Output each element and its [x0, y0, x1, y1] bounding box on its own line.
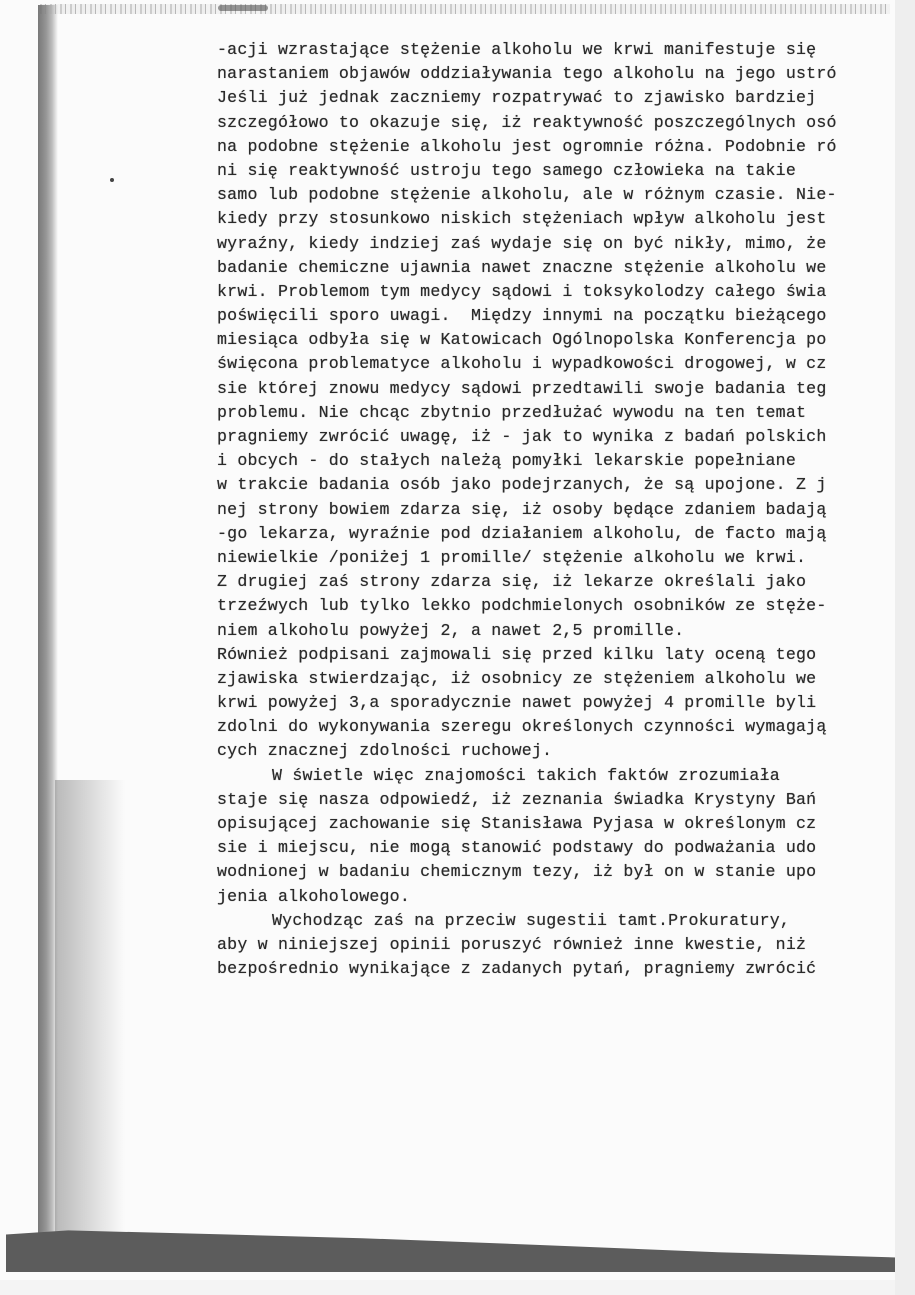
text-line: narastaniem objawów oddziaływania tego a…: [217, 62, 905, 86]
text-line: w trakcie badania osób jako podejrzanych…: [217, 473, 905, 497]
text-line: -acji wzrastające stężenie alkoholu we k…: [217, 38, 905, 62]
text-line: wodnionej w badaniu chemicznym tezy, iż …: [217, 860, 905, 884]
scan-ink-blot: [218, 5, 268, 11]
scan-top-edge-noise: [40, 4, 890, 14]
text-line: święcona problematyce alkoholu i wypadko…: [217, 352, 905, 376]
text-line: Jeśli już jednak zaczniemy rozpatrywać t…: [217, 86, 905, 110]
text-line: ni się reaktywność ustroju tego samego c…: [217, 159, 905, 183]
text-line: cych znacznej zdolności ruchowej.: [217, 739, 905, 763]
text-line: W świetle więc znajomości takich faktów …: [217, 764, 905, 788]
text-line: niewielkie /poniżej 1 promille/ stężenie…: [217, 546, 905, 570]
text-line: poświęcili sporo uwagi. Między innymi na…: [217, 304, 905, 328]
text-line: zdolni do wykonywania szeregu określonyc…: [217, 715, 905, 739]
text-line: Wychodząc zaś na przeciw sugestii tamt.P…: [217, 909, 905, 933]
text-line: Również podpisani zajmowali się przed ki…: [217, 643, 905, 667]
scan-left-haze: [55, 780, 125, 1250]
scanned-page: -acji wzrastające stężenie alkoholu we k…: [0, 0, 905, 1280]
text-line: samo lub podobne stężenie alkoholu, ale …: [217, 183, 905, 207]
text-line: opisującej zachowanie się Stanisława Pyj…: [217, 812, 905, 836]
text-line: pragniemy zwrócić uwagę, iż - jak to wyn…: [217, 425, 905, 449]
scan-right-margin: [895, 0, 915, 1295]
text-line: krwi powyżej 3,a sporadycznie nawet powy…: [217, 691, 905, 715]
typewritten-body-text: -acji wzrastające stężenie alkoholu we k…: [217, 38, 905, 981]
margin-mark: [110, 178, 114, 182]
text-line: na podobne stężenie alkoholu jest ogromn…: [217, 135, 905, 159]
text-line: i obcych - do stałych należą pomyłki lek…: [217, 449, 905, 473]
text-line: miesiąca odbyła się w Katowicach Ogólnop…: [217, 328, 905, 352]
text-line: nej strony bowiem zdarza się, iż osoby b…: [217, 498, 905, 522]
text-line: sie której znowu medycy sądowi przedtawi…: [217, 377, 905, 401]
text-line: kiedy przy stosunkowo niskich stężeniach…: [217, 207, 905, 231]
text-line: problemu. Nie chcąc zbytnio przedłużać w…: [217, 401, 905, 425]
text-line: badanie chemiczne ujawnia nawet znaczne …: [217, 256, 905, 280]
scan-bottom-shadow: [6, 1220, 896, 1272]
text-line: zjawiska stwierdzając, iż osobnicy ze st…: [217, 667, 905, 691]
text-line: aby w niniejszej opinii poruszyć również…: [217, 933, 905, 957]
text-line: jenia alkoholowego.: [217, 885, 905, 909]
text-line: sie i miejscu, nie mogą stanowić podstaw…: [217, 836, 905, 860]
text-line: bezpośrednio wynikające z zadanych pytań…: [217, 957, 905, 981]
text-line: Z drugiej zaś strony zdarza się, iż leka…: [217, 570, 905, 594]
text-line: szczegółowo to okazuje się, iż reaktywno…: [217, 111, 905, 135]
text-line: niem alkoholu powyżej 2, a nawet 2,5 pro…: [217, 619, 905, 643]
text-line: krwi. Problemom tym medycy sądowi i toks…: [217, 280, 905, 304]
text-line: -go lekarza, wyraźnie pod działaniem alk…: [217, 522, 905, 546]
text-line: staje się nasza odpowiedź, iż zeznania ś…: [217, 788, 905, 812]
text-line: trzeźwych lub tylko lekko podchmielonych…: [217, 594, 905, 618]
text-line: wyraźny, kiedy indziej zaś wydaje się on…: [217, 232, 905, 256]
